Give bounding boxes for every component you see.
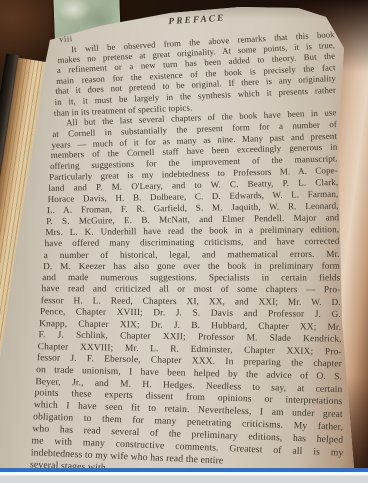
text-line: a number of historical, legal, and mathe…	[44, 248, 340, 261]
page-text-column: PREFACE viii It will be observed from th…	[56, 24, 339, 471]
photo-of-open-book: PREFACE viii It will be observed from th…	[0, 0, 368, 483]
body-text: It will be observed from the above remar…	[56, 45, 339, 471]
preface-page: PREFACE viii It will be observed from th…	[0, 0, 368, 483]
window-bottom-strip	[0, 472, 368, 483]
text-line: D. M. Keezer has also gone over the book…	[43, 260, 340, 272]
